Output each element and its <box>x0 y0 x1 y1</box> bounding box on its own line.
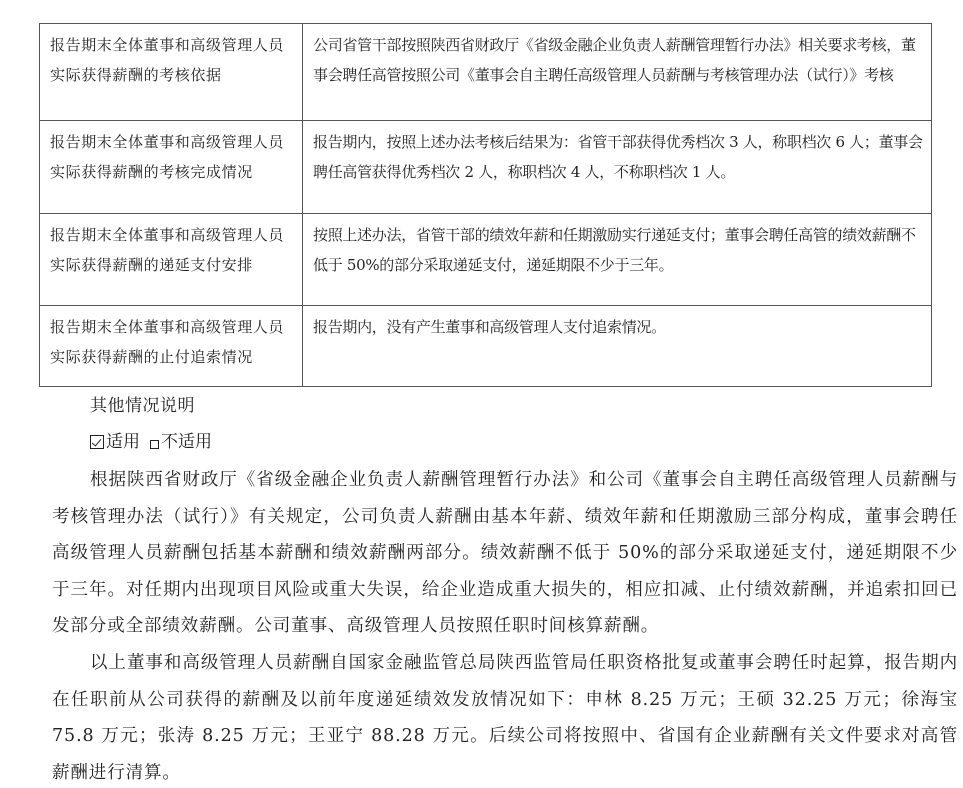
applicable-label: 适用 <box>106 429 140 455</box>
checked-box-icon[interactable] <box>90 435 104 449</box>
row-label-assessment-completion: 报告期末全体董事和高级管理人员实际获得薪酬的考核完成情况 <box>40 121 303 214</box>
table-row: 报告期末全体董事和高级管理人员实际获得薪酬的考核完成情况 报告期内，按照上述办法… <box>40 121 932 214</box>
unchecked-box-icon[interactable] <box>150 440 159 449</box>
not-applicable-option[interactable]: 不适用 <box>140 429 212 455</box>
other-notes-title: 其他情况说明 <box>90 393 195 419</box>
table-row: 报告期末全体董事和高级管理人员实际获得薪酬的考核依据 公司省管干部按照陕西省财政… <box>40 24 932 121</box>
table-row: 报告期末全体董事和高级管理人员实际获得薪酬的止付追索情况 报告期内，没有产生董事… <box>40 306 932 387</box>
not-applicable-label: 不适用 <box>161 429 212 455</box>
row-value-assessment-basis: 公司省管干部按照陕西省财政厅《省级金融企业负责人薪酬管理暂行办法》相关要求考核，… <box>303 24 932 121</box>
table-row: 报告期末全体董事和高级管理人员实际获得薪酬的递延支付安排 按照上述办法，省管干部… <box>40 214 932 306</box>
compensation-policy-paragraph: 根据陕西省财政厅《省级金融企业负责人薪酬管理暂行办法》和公司《董事会自主聘任高级… <box>52 462 958 645</box>
row-label-clawback: 报告期末全体董事和高级管理人员实际获得薪酬的止付追索情况 <box>40 306 303 387</box>
row-value-deferred-payment: 按照上述办法，省管干部的绩效年薪和任期激励实行递延支付；董事会聘任高管的绩效薪酬… <box>303 214 932 306</box>
applicability-options: 适用 不适用 <box>90 429 212 455</box>
pre-appointment-compensation-paragraph: 以上董事和高级管理人员薪酬自国家金融监管总局陕西监管局任职资格批复或董事会聘任时… <box>52 645 958 788</box>
row-label-deferred-payment: 报告期末全体董事和高级管理人员实际获得薪酬的递延支付安排 <box>40 214 303 306</box>
applicable-option[interactable]: 适用 <box>90 429 140 455</box>
row-value-clawback: 报告期内，没有产生董事和高级管理人支付追索情况。 <box>303 306 932 387</box>
row-label-assessment-basis: 报告期末全体董事和高级管理人员实际获得薪酬的考核依据 <box>40 24 303 121</box>
compensation-assessment-table: 报告期末全体董事和高级管理人员实际获得薪酬的考核依据 公司省管干部按照陕西省财政… <box>39 23 932 387</box>
row-value-assessment-completion: 报告期内，按照上述办法考核后结果为：省管干部获得优秀档次 3 人，称职档次 6 … <box>303 121 932 214</box>
